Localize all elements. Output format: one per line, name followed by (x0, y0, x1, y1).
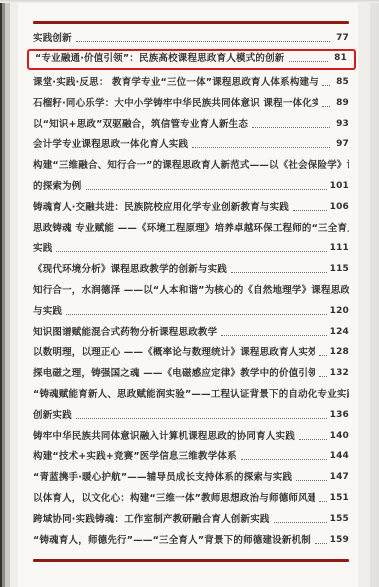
toc-entry-title: 探电磁之理，铸强国之魂 ——《电磁感应定律》教学中的价值引领探索 (33, 367, 315, 383)
toc-entry-line: 以“知识+思政”双驱融合，筑信管专业育人新生态93 (33, 113, 349, 134)
toc-entry-title: 石榴籽·同心乐学：大中小学铸牢中华民族共同体意识 课程一体化实践模式 (33, 97, 318, 113)
toc-entry-title: 构建“三维融合、知行合一”的课程思政育人新范式——以《社会保险学》课程思政团队 (33, 159, 349, 175)
page-number: 132 (330, 367, 349, 383)
dotted-leader (192, 147, 330, 148)
toc-entry[interactable]: 知识图谱赋能混合式药物分析课程思政教学124 (33, 321, 349, 342)
toc-entry-line: 以体育人，以文化心：构建“三维一体”教师思想政治与师德师风建设新模式151 (33, 487, 349, 508)
toc-entry-line: 实践111 (33, 238, 349, 259)
toc-entry-title: “铸魂育人，师德先行”——“三全育人”背景下的师德建设新机制 (33, 534, 311, 550)
toc-entry[interactable]: 思政铸魂 专业赋能 ——《环境工程原理》培养卓越环保工程师的“三全育人”实践11… (33, 217, 349, 259)
toc-entry[interactable]: 探电磁之理，铸强国之魂 ——《电磁感应定律》教学中的价值引领探索132 (33, 362, 349, 383)
toc-entry-title: 《现代环境分析》课程思政教学的创新与实践 (33, 263, 227, 279)
toc-entry-line: 铸牢中华民族共同体意识融入计算机课程思政的协同育人实践140 (33, 425, 349, 446)
toc-entry[interactable]: 以数明理，以理正心 ——《概率论与数理统计》课程思政育人实效实践案例128 (33, 342, 349, 363)
toc-entry-title: 铸魂育人·交融共进：民族院校应用化学专业创新教育与实践 (33, 201, 289, 217)
dotted-leader (299, 439, 327, 440)
toc-entry[interactable]: 实践创新77 (33, 27, 349, 48)
toc-entry-line: 构建“三维融合、知行合一”的课程思政育人新范式——以《社会保险学》课程思政团队 (33, 154, 349, 175)
dotted-leader (322, 106, 330, 107)
toc-entry-title: 以“知识+思政”双驱融合，筑信管专业育人新生态 (33, 118, 248, 134)
toc-entry[interactable]: 课堂·实践·反思： 教育学专业“三位一体”课程思政育人体系构建与实践85 (33, 71, 349, 92)
toc-entry-title: 思政铸魂 专业赋能 ——《环境工程原理》培养卓越环保工程师的“三全育人” (33, 222, 349, 238)
page-number: 151 (330, 492, 349, 508)
toc-entry-line: 知行合一，水润德泽 ——以“人本和谐”为核心的《自然地理学》课程思政探索 (33, 279, 349, 300)
dotted-leader (274, 522, 327, 523)
toc-entry[interactable]: 以体育人，以文化心：构建“三维一体”教师思想政治与师德师风建设新模式151 (33, 487, 349, 508)
page-number: 120 (330, 305, 349, 321)
toc-entry-title: 会计学专业课程思政一体化育人实践 (33, 138, 188, 154)
page-number: 159 (330, 534, 349, 550)
toc-entry-line: 思政铸魂 专业赋能 ——《环境工程原理》培养卓越环保工程师的“三全育人” (33, 217, 349, 238)
toc-entry-line: 构建“技术+实践+竞赛”医学信息三维教学体系144 (33, 446, 349, 467)
dotted-leader (319, 376, 327, 377)
toc-entry[interactable]: 以“知识+思政”双驱融合，筑信管专业育人新生态93 (33, 113, 349, 134)
page-number: 81 (331, 52, 347, 68)
page-number: 144 (330, 450, 349, 466)
toc-entry-line: 探电磁之理，铸强国之魂 ——《电磁感应定律》教学中的价值引领探索132 (33, 362, 349, 383)
toc-entry[interactable]: 石榴籽·同心乐学：大中小学铸牢中华民族共同体意识 课程一体化实践模式89 (33, 92, 349, 113)
dotted-leader (66, 314, 327, 315)
dotted-leader (319, 355, 327, 356)
toc-entry-title: 知行合一，水润德泽 ——以“人本和谐”为核心的《自然地理学》课程思政探索 (33, 284, 349, 300)
toc-entry-title: 的探索为例 (33, 180, 82, 196)
toc-entry-highlighted[interactable]: “专业融通·价值引领”：民族高校课程思政育人模式的创新81 (27, 49, 356, 71)
page-number: 101 (330, 180, 349, 196)
toc-entry[interactable]: 知行合一，水润德泽 ——以“人本和谐”为核心的《自然地理学》课程思政探索与实践1… (33, 279, 349, 321)
dotted-leader (319, 501, 327, 502)
toc-entry-line: 创新实践136 (33, 404, 349, 425)
dotted-leader (322, 85, 330, 86)
toc-entry-line: 与实践120 (33, 300, 349, 321)
page-number: 136 (330, 409, 349, 425)
page-number: 140 (330, 430, 349, 446)
toc-entry[interactable]: 跨域协同·实践铸魂：工作室制产教研融合育人创新实践155 (33, 508, 349, 529)
dotted-leader (221, 335, 326, 336)
toc-entry[interactable]: 铸牢中华民族共同体意识融入计算机课程思政的协同育人实践140 (33, 425, 349, 446)
toc-entry-line: 实践创新77 (33, 27, 349, 48)
toc-entry-title: 跨域协同·实践铸魂：工作室制产教研融合育人创新实践 (33, 513, 270, 529)
toc-entry-title: 以数明理，以理正心 ——《概率论与数理统计》课程思政育人实效实践案例 (33, 346, 315, 362)
toc-entry-line: 课堂·实践·反思： 教育学专业“三位一体”课程思政育人体系构建与实践85 (33, 71, 349, 92)
toc-entry-line: 《现代环境分析》课程思政教学的创新与实践115 (33, 258, 349, 279)
dotted-leader (289, 61, 329, 62)
toc-entry[interactable]: 会计学专业课程思政一体化育人实践97 (33, 134, 349, 155)
toc-entry[interactable]: 铸魂育人·交融共进：民族院校应用化学专业创新教育与实践106 (33, 196, 349, 217)
page-number: 77 (333, 32, 349, 48)
toc-entry-title: “铸魂赋能育新人、思政赋能润实验”——工程认证背景下的自动化专业实践类课程思政 (33, 388, 349, 404)
dotted-leader (76, 41, 330, 42)
dotted-leader (296, 480, 326, 481)
toc-entry-line: “铸魂赋能育新人、思政赋能润实验”——工程认证背景下的自动化专业实践类课程思政 (33, 383, 349, 404)
page-number: 147 (330, 471, 349, 487)
toc-entry-line: 铸魂育人·交融共进：民族院校应用化学专业创新教育与实践106 (33, 196, 349, 217)
page-number: 97 (333, 138, 349, 154)
dotted-leader (231, 272, 327, 273)
toc-entry-title: 实践创新 (33, 32, 72, 48)
toc-list: 实践创新77“专业融通·价值引领”：民族高校课程思政育人模式的创新81课堂·实践… (0, 24, 379, 550)
toc-entry-title: 以体育人，以文化心：构建“三维一体”教师思想政治与师德师风建设新模式 (33, 492, 315, 508)
page-number: 106 (330, 201, 349, 217)
dotted-leader (252, 127, 330, 128)
toc-entry-title: 创新实践 (33, 409, 72, 425)
toc-entry-line: 跨域协同·实践铸魂：工作室制产教研融合育人创新实践155 (33, 508, 349, 529)
toc-entry-line: 知识图谱赋能混合式药物分析课程思政教学124 (33, 321, 349, 342)
page-number: 111 (330, 242, 349, 258)
page-number: 128 (330, 346, 349, 362)
scanned-page: 实践创新77“专业融通·价值引领”：民族高校课程思政育人模式的创新81课堂·实践… (0, 0, 379, 587)
toc-entry-title: 与实践 (33, 305, 62, 321)
toc-entry-title: 实践 (33, 242, 52, 258)
toc-entry-line: 以数明理，以理正心 ——《概率论与数理统计》课程思政育人实效实践案例128 (33, 342, 349, 363)
scan-edge-top (0, 0, 379, 3)
toc-entry-line: “专业融通·价值引领”：民族高校课程思政育人模式的创新81 (35, 51, 347, 69)
page-number: 85 (333, 76, 349, 92)
toc-entry-title: “青蓝携手·暖心护航”——辅导员成长支持体系的探索与实践 (33, 471, 292, 487)
toc-entry[interactable]: 《现代环境分析》课程思政教学的创新与实践115 (33, 258, 349, 279)
toc-entry-title: “专业融通·价值引领”：民族高校课程思政育人模式的创新 (35, 52, 285, 68)
toc-entry-line: 会计学专业课程思政一体化育人实践97 (33, 134, 349, 155)
page-number: 124 (330, 326, 349, 342)
dotted-leader (315, 543, 327, 544)
toc-entry-line: “青蓝携手·暖心护航”——辅导员成长支持体系的探索与实践147 (33, 466, 349, 487)
toc-entry[interactable]: 构建“三维融合、知行合一”的课程思政育人新范式——以《社会保险学》课程思政团队的… (33, 154, 349, 196)
page-number: 93 (333, 118, 349, 134)
toc-entry-line: “铸魂育人，师德先行”——“三全育人”背景下的师德建设新机制159 (33, 529, 349, 550)
dotted-leader (76, 418, 327, 419)
toc-entry[interactable]: “铸魂育人，师德先行”——“三全育人”背景下的师德建设新机制159 (33, 529, 349, 550)
toc-entry-line: 石榴籽·同心乐学：大中小学铸牢中华民族共同体意识 课程一体化实践模式89 (33, 92, 349, 113)
dotted-leader (293, 210, 327, 211)
toc-entry-title: 知识图谱赋能混合式药物分析课程思政教学 (33, 326, 217, 342)
dotted-leader (241, 459, 327, 460)
page-number: 89 (333, 97, 349, 113)
toc-entry[interactable]: “青蓝携手·暖心护航”——辅导员成长支持体系的探索与实践147 (33, 466, 349, 487)
toc-entry-title: 课堂·实践·反思： 教育学专业“三位一体”课程思政育人体系构建与实践 (33, 76, 318, 92)
dotted-leader (86, 189, 327, 190)
toc-entry-title: 构建“技术+实践+竞赛”医学信息三维教学体系 (33, 450, 237, 466)
dotted-leader (56, 251, 326, 252)
page-number: 155 (330, 513, 349, 529)
bottom-rule (33, 559, 349, 563)
toc-entry[interactable]: 构建“技术+实践+竞赛”医学信息三维教学体系144 (33, 446, 349, 467)
toc-entry[interactable]: “铸魂赋能育新人、思政赋能润实验”——工程认证背景下的自动化专业实践类课程思政创… (33, 383, 349, 425)
toc-entry-title: 铸牢中华民族共同体意识融入计算机课程思政的协同育人实践 (33, 430, 295, 446)
page-number: 115 (330, 263, 349, 279)
toc-entry-line: 的探索为例101 (33, 175, 349, 196)
